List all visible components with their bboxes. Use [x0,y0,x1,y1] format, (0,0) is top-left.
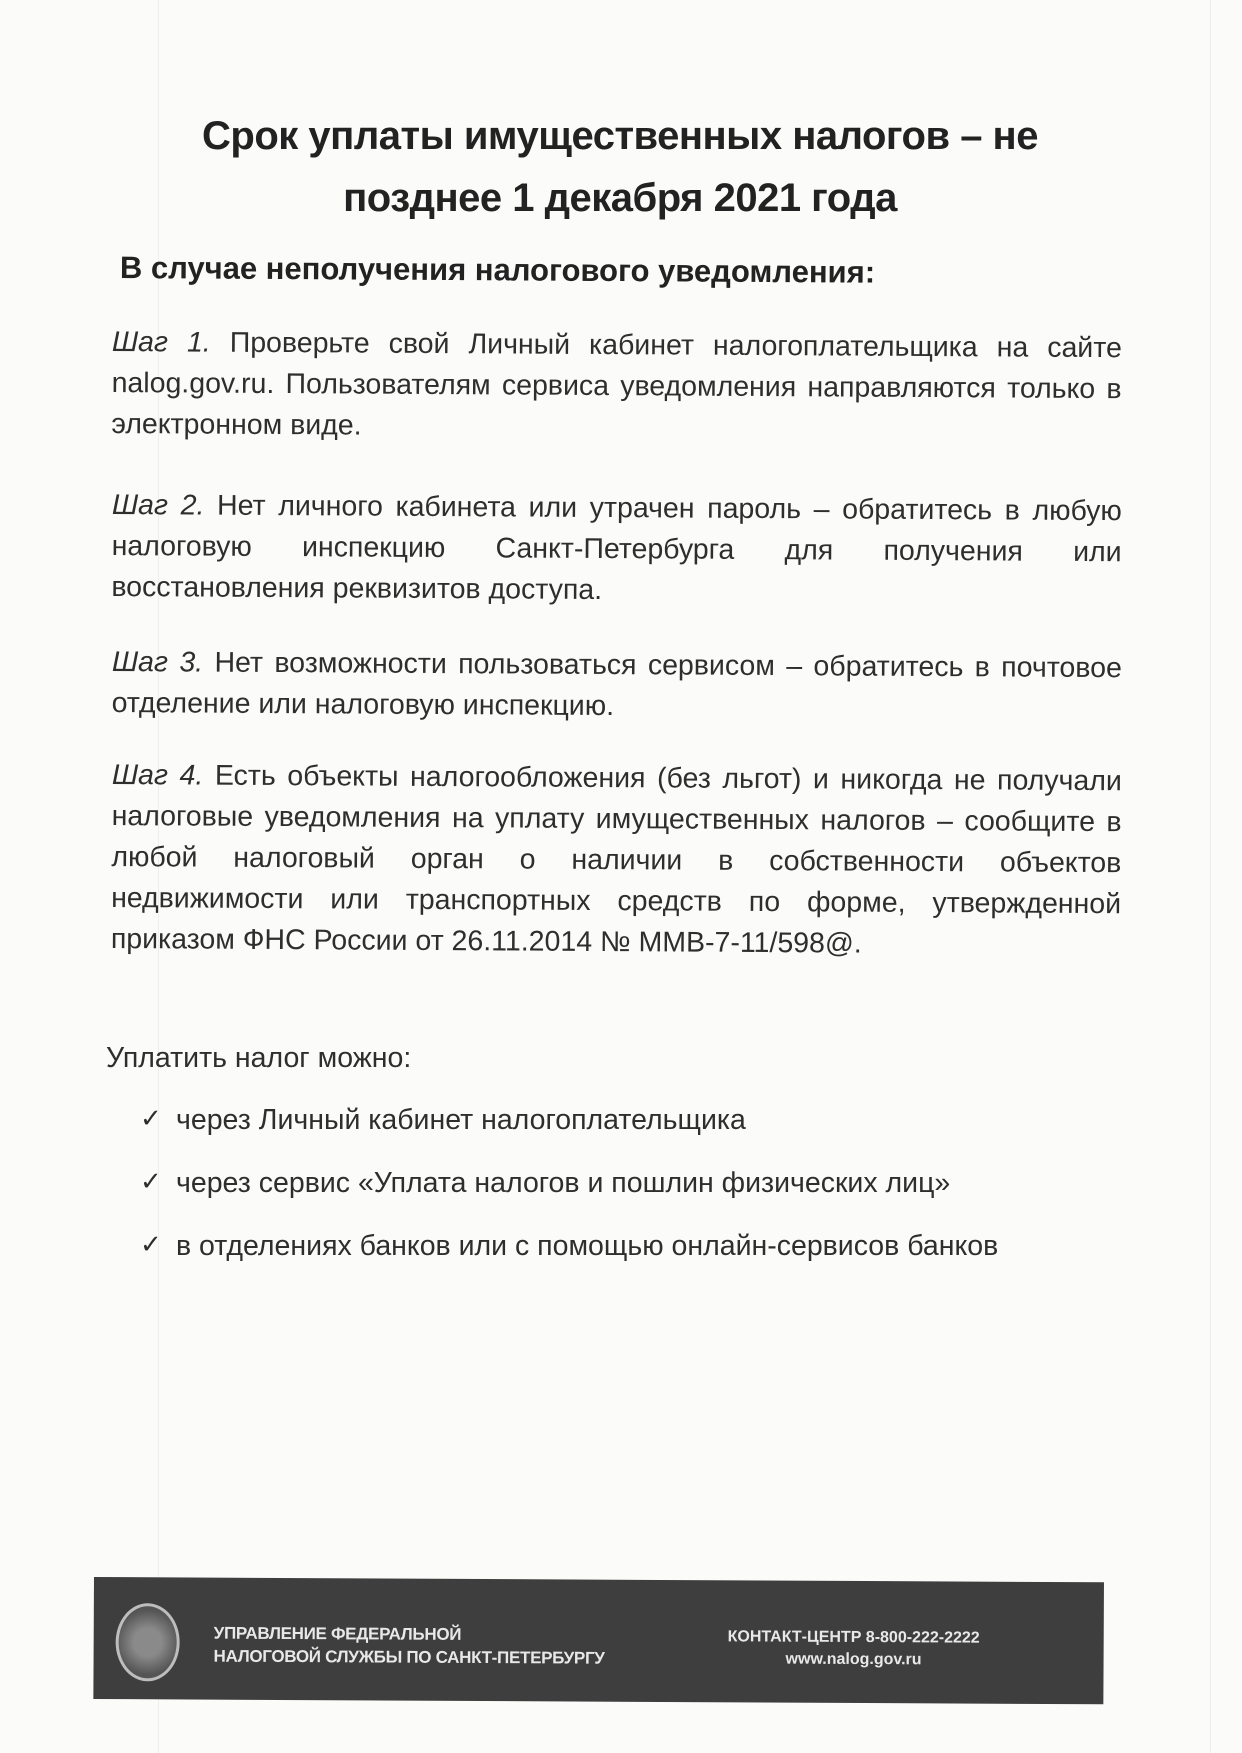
checkmark-icon: ✓ [140,1224,162,1265]
website-link[interactable]: www.nalog.gov.ru [704,1648,1004,1672]
step-3: Шаг 3. Нет возможности пользоваться серв… [111,642,1121,730]
step-1: Шаг 1. Проверьте свой Личный кабинет нал… [111,322,1122,451]
step-text: Нет личного кабинета или утрачен пароль … [111,490,1122,606]
section-heading: В случае неполучения налогового уведомле… [120,250,875,291]
list-item: ✓через Личный кабинет налогоплательщика [140,1100,1110,1141]
step-2: Шаг 2. Нет личного кабинета или утрачен … [111,485,1122,614]
checkmark-icon: ✓ [140,1161,162,1202]
page-title: Срок уплаты имущественных налогов – не п… [150,105,1090,229]
title-line-1: Срок уплаты имущественных налогов – не [150,105,1090,167]
checkmark-icon: ✓ [140,1098,162,1139]
step-4: Шаг 4. Есть объекты налогообложения (без… [111,755,1122,966]
step-text: Нет возможности пользоваться сервисом – … [112,647,1122,723]
footer-banner: УПРАВЛЕНИЕ ФЕДЕРАЛЬНОЙ НАЛОГОВОЙ СЛУЖБЫ … [93,1577,1104,1704]
step-text: Есть объекты налогообложения (без льгот)… [111,760,1122,960]
document-page: Срок уплаты имущественных налогов – не п… [0,0,1242,1753]
step-label: Шаг 1. [112,326,211,359]
organization-name: УПРАВЛЕНИЕ ФЕДЕРАЛЬНОЙ НАЛОГОВОЙ СЛУЖБЫ … [214,1622,605,1670]
contact-center-phone: КОНТАКТ-ЦЕНТР 8-800-222-2222 [704,1626,1004,1650]
list-item: ✓в отделениях банков или с помощью онлай… [140,1226,1110,1267]
list-item: ✓через сервис «Уплата налогов и пошлин ф… [140,1163,1110,1204]
step-label: Шаг 3. [112,646,203,679]
payment-options-list: ✓через Личный кабинет налогоплательщика … [140,1100,1110,1289]
scan-artifact [1210,0,1211,1753]
step-text: Проверьте свой Личный кабинет налогоплат… [111,327,1122,442]
payment-heading: Уплатить налог можно: [106,1042,411,1075]
fns-emblem-icon [115,1603,179,1681]
step-label: Шаг 4. [112,759,204,792]
step-label: Шаг 2. [112,489,205,522]
title-line-2: позднее 1 декабря 2021 года [150,167,1090,229]
contact-info: КОНТАКТ-ЦЕНТР 8-800-222-2222 www.nalog.g… [704,1626,1004,1672]
